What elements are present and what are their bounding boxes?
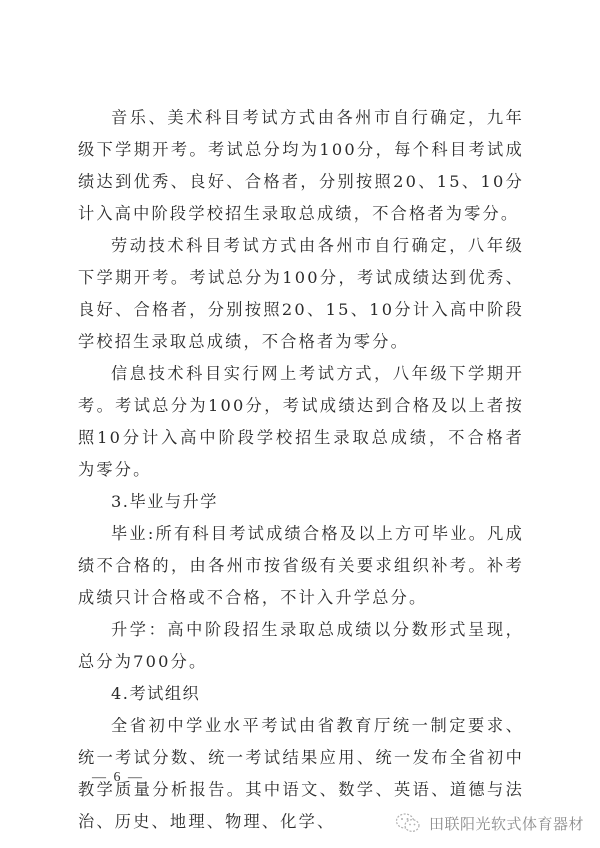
paragraph-music-art: 音乐、美术科目考试方式由各州市自行确定，九年级下学期开考。考试总分均为100分，… [78,102,524,230]
document-body: 音乐、美术科目考试方式由各州市自行确定，九年级下学期开考。考试总分均为100分，… [78,102,524,838]
page-number: — 6 — [92,770,144,786]
section-heading-graduation: 3.毕业与升学 [78,486,524,518]
paragraph-labor-technology: 劳动技术科目考试方式由各州市自行确定，八年级下学期开考。考试总分为100分，考试… [78,230,524,358]
document-page: 音乐、美术科目考试方式由各州市自行确定，九年级下学期开考。考试总分均为100分，… [0,0,600,848]
paragraph-information-technology: 信息技术科目实行网上考试方式，八年级下学期开考。考试总分为100分，考试成绩达到… [78,358,524,486]
wechat-icon [395,812,421,834]
section-heading-exam-organization: 4.考试组织 [78,678,524,710]
watermark: 田联阳光软式体育器材 [395,811,584,835]
watermark-text: 田联阳光软式体育器材 [429,813,584,834]
paragraph-graduation: 毕业:所有科目考试成绩合格及以上方可毕业。凡成绩不合格的，由各州市按省级有关要求… [78,518,524,614]
paragraph-admission: 升学：高中阶段招生录取总成绩以分数形式呈现，总分为700分。 [78,614,524,678]
